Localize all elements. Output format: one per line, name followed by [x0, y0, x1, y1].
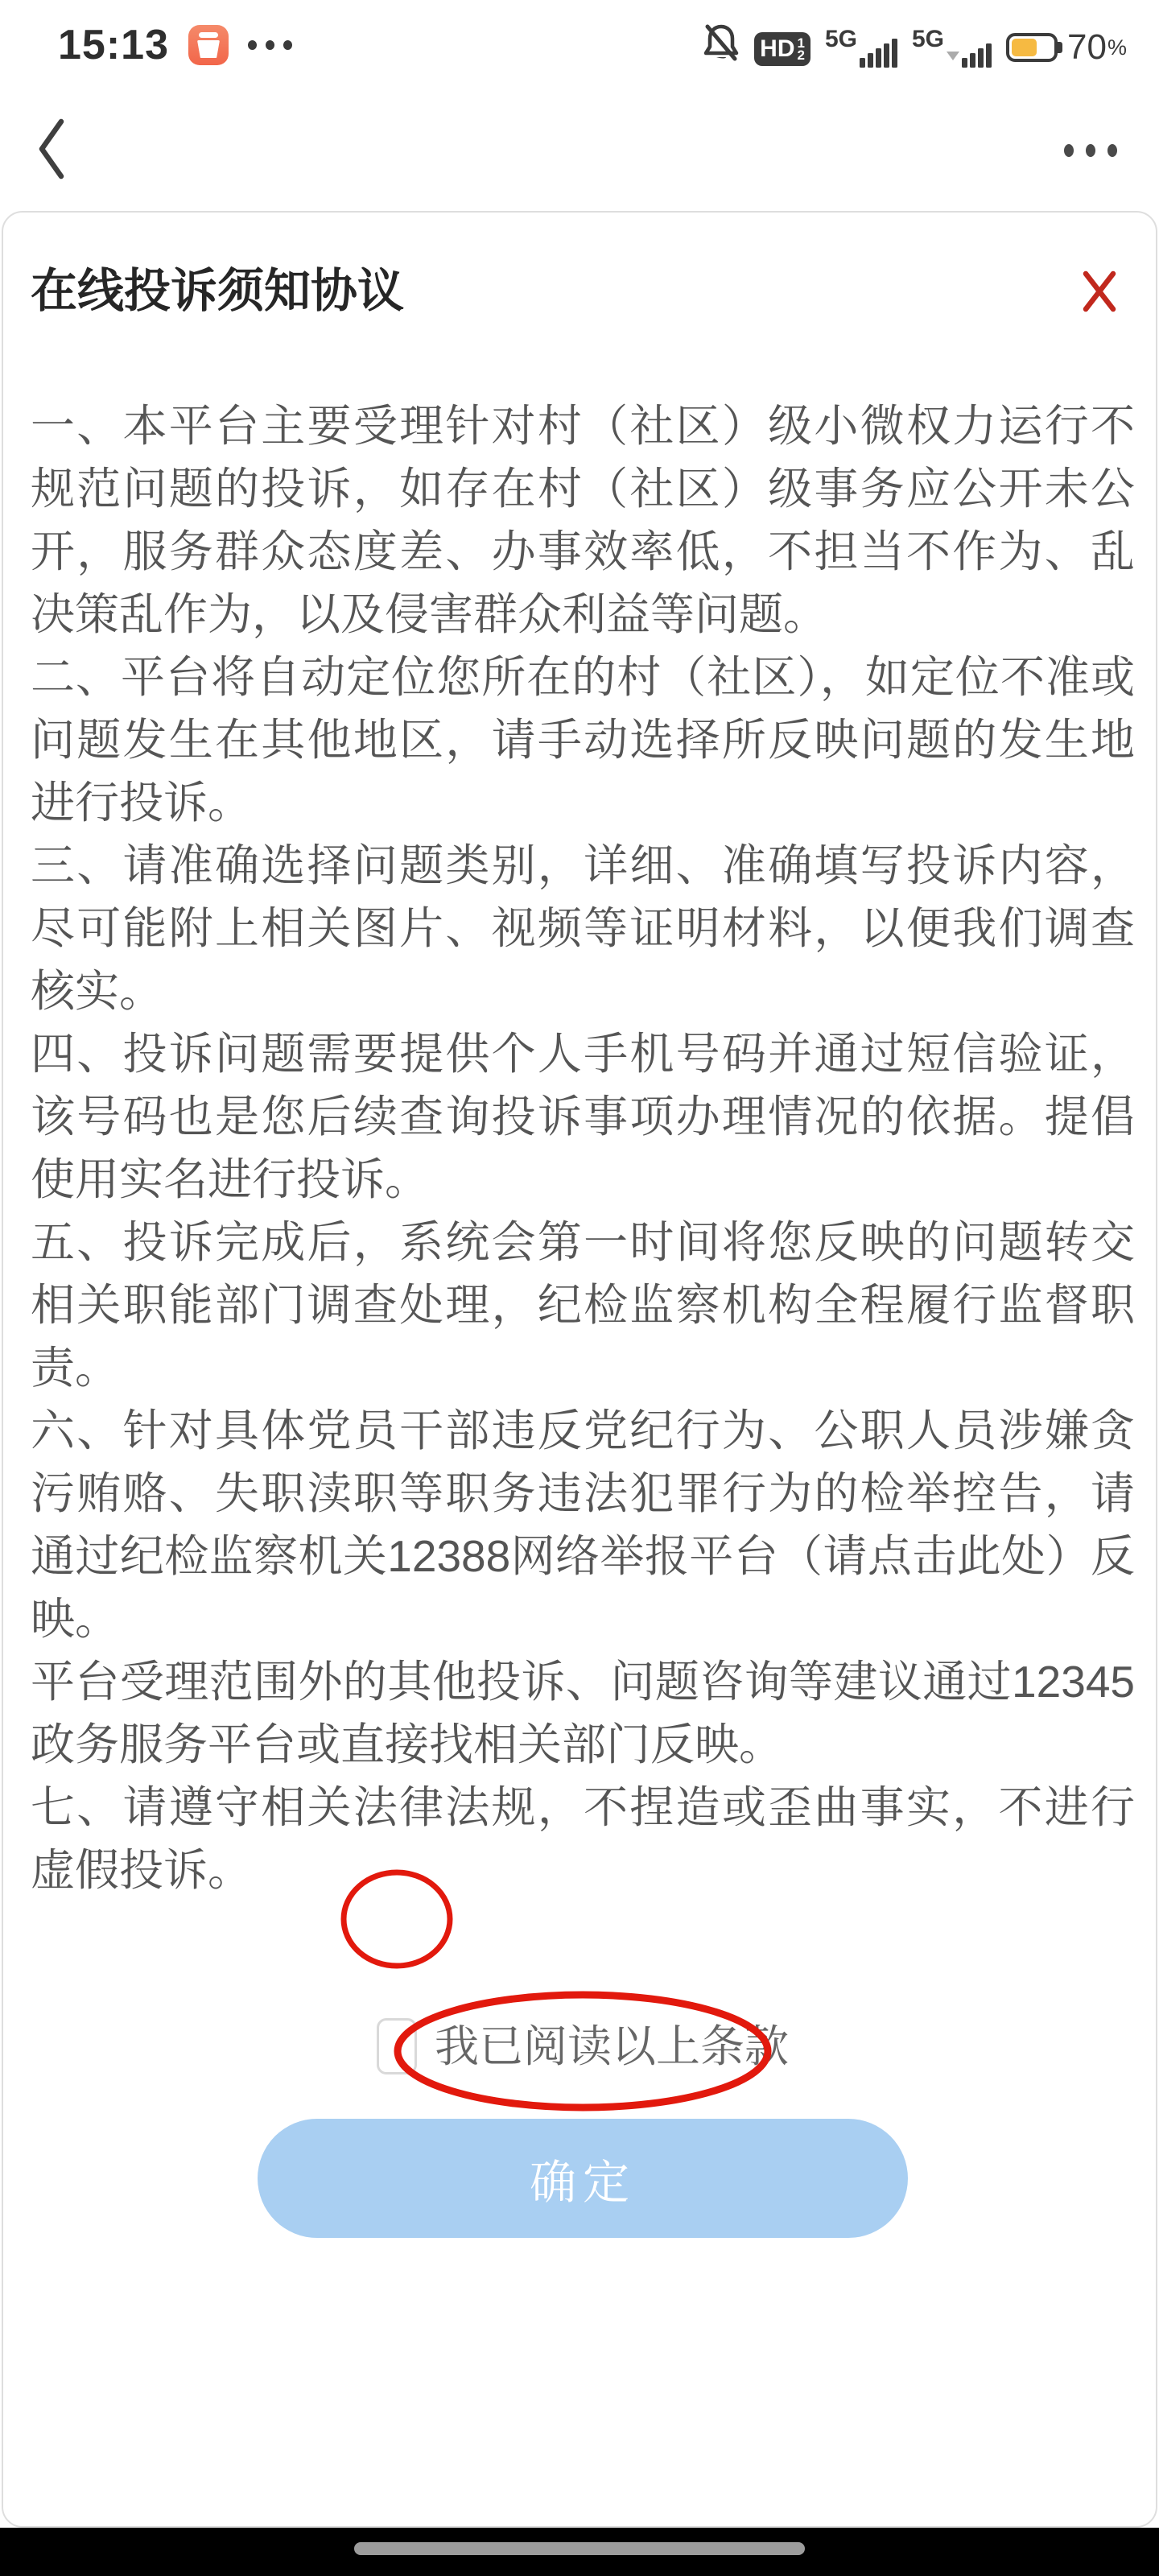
dialog-title: 在线投诉须知协议 [31, 262, 404, 320]
screen-recorder-icon [188, 25, 229, 65]
agree-checkbox-row: 我已阅读以上条款 [31, 2016, 1135, 2077]
clock: 15:13 [58, 21, 169, 69]
status-bar-left: 15:13 [58, 21, 292, 69]
more-options-button[interactable] [1064, 144, 1117, 157]
agreement-paragraph: 七、请遵守相关法律法规，不捏造或歪曲事实，不进行虚假投诉。 [31, 1776, 1135, 1901]
close-button[interactable] [1079, 269, 1120, 318]
confirm-button[interactable]: 确定 [258, 2119, 908, 2238]
hd-voice-dual-sim-icon: HD 1 2 [754, 32, 810, 66]
agreement-paragraph: 二、平台将自动定位您所在的村（社区），如定位不准或问题发生在其他地区，请手动选择… [31, 646, 1135, 834]
home-indicator[interactable] [354, 2542, 805, 2555]
agreement-body: 一、本平台主要受理针对村（社区）级小微权力运行不规范问题的投诉，如存在村（社区）… [31, 394, 1135, 1901]
agreement-paragraph: 三、请准确选择问题类别，详细、准确填写投诉内容，尽可能附上相关图片、视频等证明材… [31, 834, 1135, 1022]
agreement-paragraph: 一、本平台主要受理针对村（社区）级小微权力运行不规范问题的投诉，如存在村（社区）… [31, 394, 1135, 646]
agree-checkbox[interactable] [377, 2018, 417, 2074]
dialog-header: 在线投诉须知协议 [31, 262, 1135, 320]
signal-5g-sim2-icon: 5G [912, 40, 992, 68]
data-activity-arrow-icon [947, 52, 959, 67]
agreement-paragraph: 四、投诉问题需要提供个人手机号码并通过短信验证，该号码也是您后续查询投诉事项办理… [31, 1022, 1135, 1211]
agree-checkbox-label: 我已阅读以上条款 [435, 2016, 789, 2077]
status-bar: 15:13 HD 1 2 5G [0, 11, 1159, 79]
system-navigation-bar [0, 2528, 1159, 2576]
status-more-dots-icon [248, 40, 292, 50]
signal-5g-sim1-icon: 5G [825, 39, 897, 68]
agreement-paragraph: 五、投诉完成后，系统会第一时间将您反映的问题转交相关职能部门调查处理，纪检监察机… [31, 1211, 1135, 1399]
close-x-icon [1079, 269, 1120, 314]
back-button[interactable] [32, 117, 72, 185]
bell-muted-icon [703, 23, 740, 68]
chevron-left-icon [32, 117, 72, 181]
status-bar-right: HD 1 2 5G 5G [703, 23, 1127, 68]
battery-icon [1006, 33, 1058, 62]
agreement-paragraph: 平台受理范围外的其他投诉、问题咨询等建议通过12345政务服务平台或直接找相关部… [31, 1650, 1135, 1776]
battery-indicator: 70 % [1006, 27, 1127, 68]
agreement-paragraph: 六、针对具体党员干部违反党纪行为、公职人员涉嫌贪污贿赂、失职渎职等职务违法犯罪行… [31, 1399, 1135, 1650]
nav-bar [0, 90, 1159, 211]
agreement-dialog: 在线投诉须知协议 一、本平台主要受理针对村（社区）级小微权力运行不规范问题的投诉… [2, 211, 1157, 2528]
